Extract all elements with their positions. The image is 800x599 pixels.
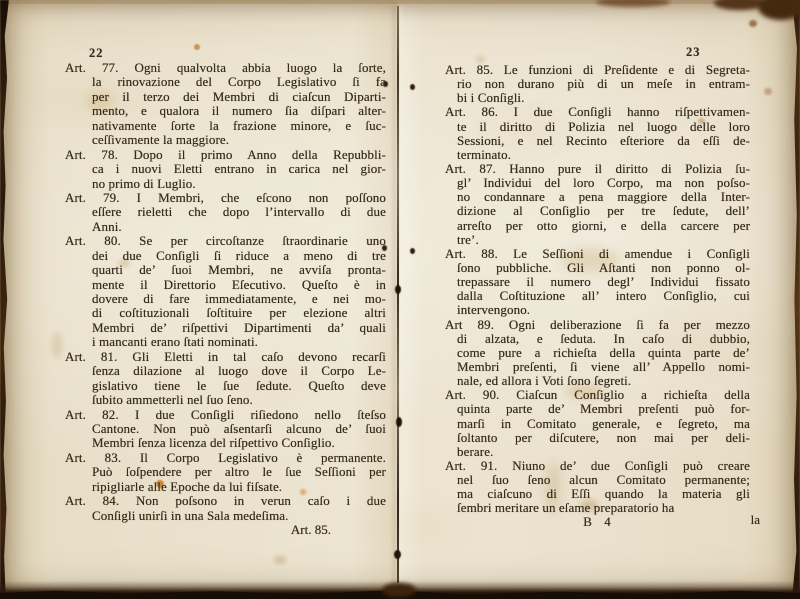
text-line: no primo di Luglio. <box>65 177 386 191</box>
text-line: nel ſuo ſeno alcun Comitato permanente; <box>445 473 750 487</box>
text-line: di coſtituzionali ſoſtituire per elezion… <box>65 306 386 320</box>
foxing-spot <box>749 20 757 27</box>
text-line: dizione al Conſiglio per tre ſedute, del… <box>445 204 750 218</box>
text-line: Art. 77. Ogni qualvolta abbia luogo la ſ… <box>65 61 386 75</box>
binding-stitch <box>410 84 415 90</box>
text-line: mente il Direttorio Eſecutivo. Queſto è … <box>65 278 386 292</box>
page-left-text-block: Art. 77. Ogni qualvolta abbia luogo la ſ… <box>65 61 386 523</box>
text-line: di alzata, e ſeduta. In caſo di dubbio, <box>445 332 750 346</box>
foxing-spot <box>274 556 286 564</box>
text-line: dei due Conſigli ſi riduce a meno di tre <box>65 249 386 263</box>
text-line: no condannare a pena maggiore della Inte… <box>445 190 750 204</box>
text-line: i mancanti erano ſtati nominati. <box>65 335 386 349</box>
binding-stitch <box>410 248 415 254</box>
text-line: Sessioni, e nel Recinto eſteriore da eſſ… <box>445 134 750 148</box>
text-line: Cantone. Non può aſsentarſi alcuno de’ ſ… <box>65 422 386 436</box>
text-line: rio non durano più di un meſe in entram- <box>445 77 750 91</box>
text-line: ſubito ammetterli nel ſuo ſeno. <box>65 393 386 407</box>
text-line: nativamente ſorte la frazione minore, e … <box>65 119 386 133</box>
text-line: terminato. <box>445 148 750 162</box>
text-line: come pure a richieſta della quinta parte… <box>445 346 750 360</box>
text-line: quinta parte de’ Membri preſenti può for… <box>445 402 750 416</box>
text-line: Art 89. Ogni deliberazione ſi fa per mez… <box>445 318 750 332</box>
article-paragraph: Art. 77. Ogni qualvolta abbia luogo la ſ… <box>65 61 386 148</box>
text-line: Può ſoſpendere per altro le ſue Seſſioni… <box>65 465 386 479</box>
text-line: bi i Conſigli. <box>445 91 750 105</box>
gutter-bottom-stain <box>382 583 416 597</box>
article-paragraph: Art. 87. Hanno pure il diritto di Polizi… <box>445 162 750 247</box>
text-line: trepassare il numero degl’ Individui fis… <box>445 275 750 289</box>
article-paragraph: Art. 91. Niuno de’ due Conſigli può crea… <box>445 459 750 516</box>
text-line: Membri preſenti, ſi viene all’ Appello n… <box>445 360 750 374</box>
text-line: marſi in Comitato generale, e ſegreto, m… <box>445 417 750 431</box>
article-paragraph: Art. 85. Le funzioni di Preſidente e di … <box>445 63 750 105</box>
text-line: ripigliarle alle Epoche da lui fiſsate. <box>65 480 386 494</box>
book-scan: 22 Art. 77. Ogni qualvolta abbia luogo l… <box>0 0 800 599</box>
foxing-spot <box>194 44 200 50</box>
text-line: Art. 88. Le Seſſioni di amendue i Conſig… <box>445 247 750 261</box>
text-line: eſſere rieletti che dopo l’intervallo di… <box>65 205 386 219</box>
page-number-right: 23 <box>686 45 701 60</box>
text-line: tre’. <box>445 233 750 247</box>
text-line: Art. 78. Dopo il primo Anno della Repubb… <box>65 148 386 162</box>
article-paragraph: Art. 83. Il Corpo Legislativo è permanen… <box>65 451 386 494</box>
text-line: la rinovazione del Corpo Legislativo ſi … <box>65 75 386 89</box>
text-line: te il diritto di Polizia nel luogo delle… <box>445 120 750 134</box>
article-paragraph: Art. 82. I due Conſigli riſiedono nello … <box>65 408 386 451</box>
binding-stitch-knot <box>394 550 401 559</box>
text-line: Art. 84. Non poſsono in verun caſo i due <box>65 494 386 508</box>
text-line: Art. 82. I due Conſigli riſiedono nello … <box>65 408 386 422</box>
page-right-text-block: Art. 85. Le funzioni di Preſidente e di … <box>445 63 750 516</box>
article-paragraph: Art. 84. Non poſsono in verun caſo i due… <box>65 494 386 523</box>
catchword-left: Art. 85. <box>65 522 386 538</box>
text-line: Art. 85. Le funzioni di Preſidente e di … <box>445 63 750 77</box>
text-line: Membri de’ riſpettivi Dipartimenti da’ q… <box>65 321 386 335</box>
text-line: dalla Coſtituzione all’ intero Conſiglio… <box>445 289 750 303</box>
text-line: ceſſivamente la maggiore. <box>65 133 386 147</box>
text-line: berare. <box>445 445 750 459</box>
text-line: intervengono. <box>445 303 750 317</box>
text-line: per il terzo dei Membri di ciaſcun Dipar… <box>65 90 386 104</box>
text-line: Art. 79. I Membri, che eſcono non poſſon… <box>65 191 386 205</box>
text-line: mento, e qualora il numero ſia diſpari a… <box>65 104 386 118</box>
text-line: nale, ed allora i Voti ſono ſegreti. <box>445 374 750 388</box>
article-paragraph: Art 89. Ogni deliberazione ſi fa per mez… <box>445 318 750 389</box>
article-paragraph: Art. 81. Gli Eletti in tal caſo devono r… <box>65 350 386 408</box>
text-line: quarti de’ ſuoi Membri, ne avviſa pronta… <box>65 263 386 277</box>
text-line: ſenza dilazione al luogo dove il Corpo L… <box>65 364 386 378</box>
scan-edge-top <box>0 0 800 4</box>
binding-stitch-knot <box>396 417 402 427</box>
text-line: ma ciaſcuno di Eſſi quando la materia gl… <box>445 487 750 501</box>
article-paragraph: Art. 78. Dopo il primo Anno della Repubb… <box>65 148 386 191</box>
text-line: Art. 81. Gli Eletti in tal caſo devono r… <box>65 350 386 364</box>
foxing-spot <box>52 332 62 358</box>
text-line: dovere di fare immediatamente, e nei mo- <box>65 292 386 306</box>
article-paragraph: Art. 80. Se per circoſtanze ſtraordinari… <box>65 234 386 350</box>
signature-line: B 4 la <box>445 514 750 530</box>
foxing-spot <box>764 88 772 95</box>
catchword-right: la <box>751 512 760 528</box>
text-line: gl’ Individui del loro Corpo, ma non poſ… <box>445 176 750 190</box>
text-line: ca i nuovi Eletti entrano in carica nel … <box>65 162 386 176</box>
text-line: Art. 83. Il Corpo Legislativo è permanen… <box>65 451 386 465</box>
text-line: gislativo tiene le ſue ſedute. Queſto de… <box>65 379 386 393</box>
binding-stitch-knot <box>395 285 401 294</box>
text-line: Anni. <box>65 220 386 234</box>
text-line: Membri ſenza licenza del riſpettivo Conſ… <box>65 436 386 450</box>
article-paragraph: Art. 86. I due Conſigli hanno riſpettiva… <box>445 105 750 162</box>
page-number-left: 22 <box>89 46 104 61</box>
text-line: Art. 86. I due Conſigli hanno riſpettiva… <box>445 105 750 119</box>
article-paragraph: Art. 88. Le Seſſioni di amendue i Conſig… <box>445 247 750 318</box>
text-line: ſoltanto per diſcutere, non mai per deli… <box>445 431 750 445</box>
text-line: Art. 80. Se per circoſtanze ſtraordinari… <box>65 234 386 248</box>
text-line: Art. 90. Ciaſcun Conſiglio a richieſta d… <box>445 388 750 402</box>
article-paragraph: Art. 90. Ciaſcun Conſiglio a richieſta d… <box>445 388 750 459</box>
text-line: Art. 91. Niuno de’ due Conſigli può crea… <box>445 459 750 473</box>
text-line: Conſigli unirſi in una Sala medeſima. <box>65 509 386 523</box>
article-paragraph: Art. 79. I Membri, che eſcono non poſſon… <box>65 191 386 234</box>
text-line: ſono pubbliche. Gli Aſtanti non ponno ol… <box>445 261 750 275</box>
text-line: arreſto per otto giorni, e della carcere… <box>445 219 750 233</box>
signature-mark: B 4 <box>583 514 611 529</box>
binding-gutter-crease <box>397 6 399 583</box>
text-line: Art. 87. Hanno pure il diritto di Polizi… <box>445 162 750 176</box>
